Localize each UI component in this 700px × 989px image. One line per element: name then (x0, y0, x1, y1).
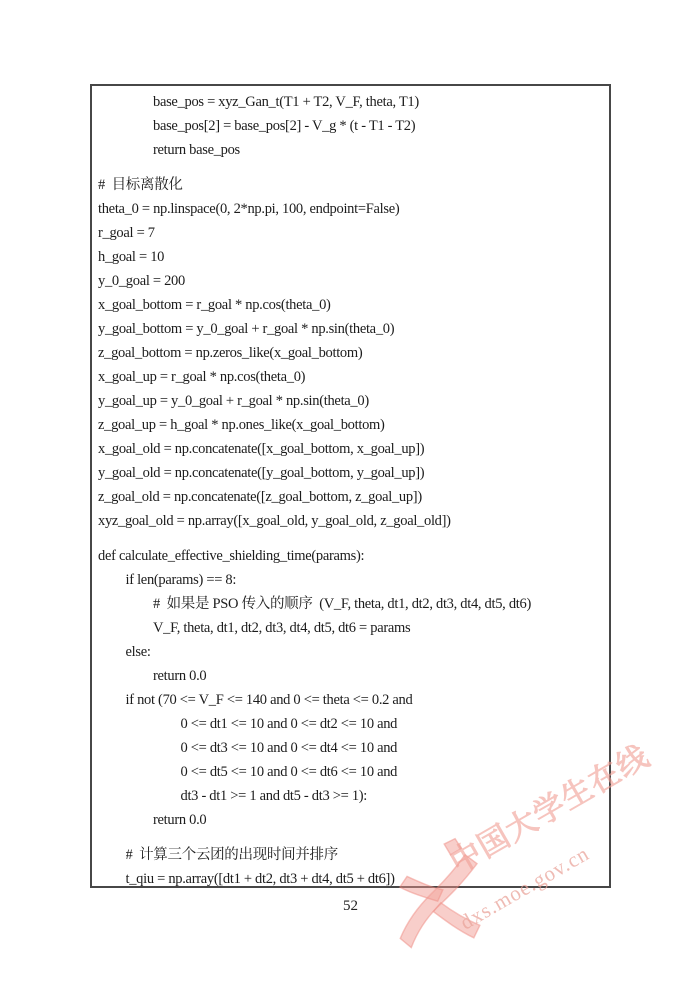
code-line: if len(params) == 8: (126, 568, 606, 592)
code-line: # 计算三个云团的出现时间并排序 (126, 843, 606, 867)
code-line: return 0.0 (153, 808, 605, 832)
code-line: z_goal_old = np.concatenate([z_goal_bott… (98, 485, 605, 509)
code-line: y_goal_bottom = y_0_goal + r_goal * np.s… (98, 317, 605, 341)
code-line: t_qiu = np.array([dt1 + dt2, dt3 + dt4, … (126, 867, 606, 888)
code-box: base_pos = xyz_Gan_t(T1 + T2, V_F, theta… (90, 84, 611, 888)
code-line: x_goal_bottom = r_goal * np.cos(theta_0) (98, 293, 605, 317)
code-line: 0 <= dt5 <= 10 and 0 <= dt6 <= 10 and (181, 760, 606, 784)
code-line: def calculate_effective_shielding_time(p… (98, 544, 605, 568)
code-line: return 0.0 (153, 664, 605, 688)
code-line: else: (126, 640, 606, 664)
code-line (98, 162, 605, 173)
code-line: x_goal_up = r_goal * np.cos(theta_0) (98, 365, 605, 389)
code-line: h_goal = 10 (98, 245, 605, 269)
code-line: V_F, theta, dt1, dt2, dt3, dt4, dt5, dt6… (153, 616, 605, 640)
document-page: base_pos = xyz_Gan_t(T1 + T2, V_F, theta… (0, 0, 700, 989)
code-line: theta_0 = np.linspace(0, 2*np.pi, 100, e… (98, 197, 605, 221)
code-line: z_goal_up = h_goal * np.ones_like(x_goal… (98, 413, 605, 437)
code-line: # 目标离散化 (98, 173, 605, 197)
code-line: y_goal_up = y_0_goal + r_goal * np.sin(t… (98, 389, 605, 413)
page-number: 52 (343, 898, 358, 914)
code-line: y_0_goal = 200 (98, 269, 605, 293)
code-line: base_pos[2] = base_pos[2] - V_g * (t - T… (153, 114, 605, 138)
code-line (98, 832, 605, 843)
code-line: 0 <= dt3 <= 10 and 0 <= dt4 <= 10 and (181, 736, 606, 760)
page-footer: 52 (90, 897, 611, 915)
code-line: r_goal = 7 (98, 221, 605, 245)
code-line: xyz_goal_old = np.array([x_goal_old, y_g… (98, 509, 605, 533)
code-line: if not (70 <= V_F <= 140 and 0 <= theta … (126, 688, 606, 712)
code-line (98, 533, 605, 544)
code-line: x_goal_old = np.concatenate([x_goal_bott… (98, 437, 605, 461)
code-lines: base_pos = xyz_Gan_t(T1 + T2, V_F, theta… (92, 86, 609, 888)
code-line: 0 <= dt1 <= 10 and 0 <= dt2 <= 10 and (181, 712, 606, 736)
code-line: # 如果是 PSO 传入的顺序 (V_F, theta, dt1, dt2, d… (153, 592, 605, 616)
code-line: y_goal_old = np.concatenate([y_goal_bott… (98, 461, 605, 485)
code-line: dt3 - dt1 >= 1 and dt5 - dt3 >= 1): (181, 784, 606, 808)
code-line: z_goal_bottom = np.zeros_like(x_goal_bot… (98, 341, 605, 365)
code-line: base_pos = xyz_Gan_t(T1 + T2, V_F, theta… (153, 90, 605, 114)
code-line: return base_pos (153, 138, 605, 162)
